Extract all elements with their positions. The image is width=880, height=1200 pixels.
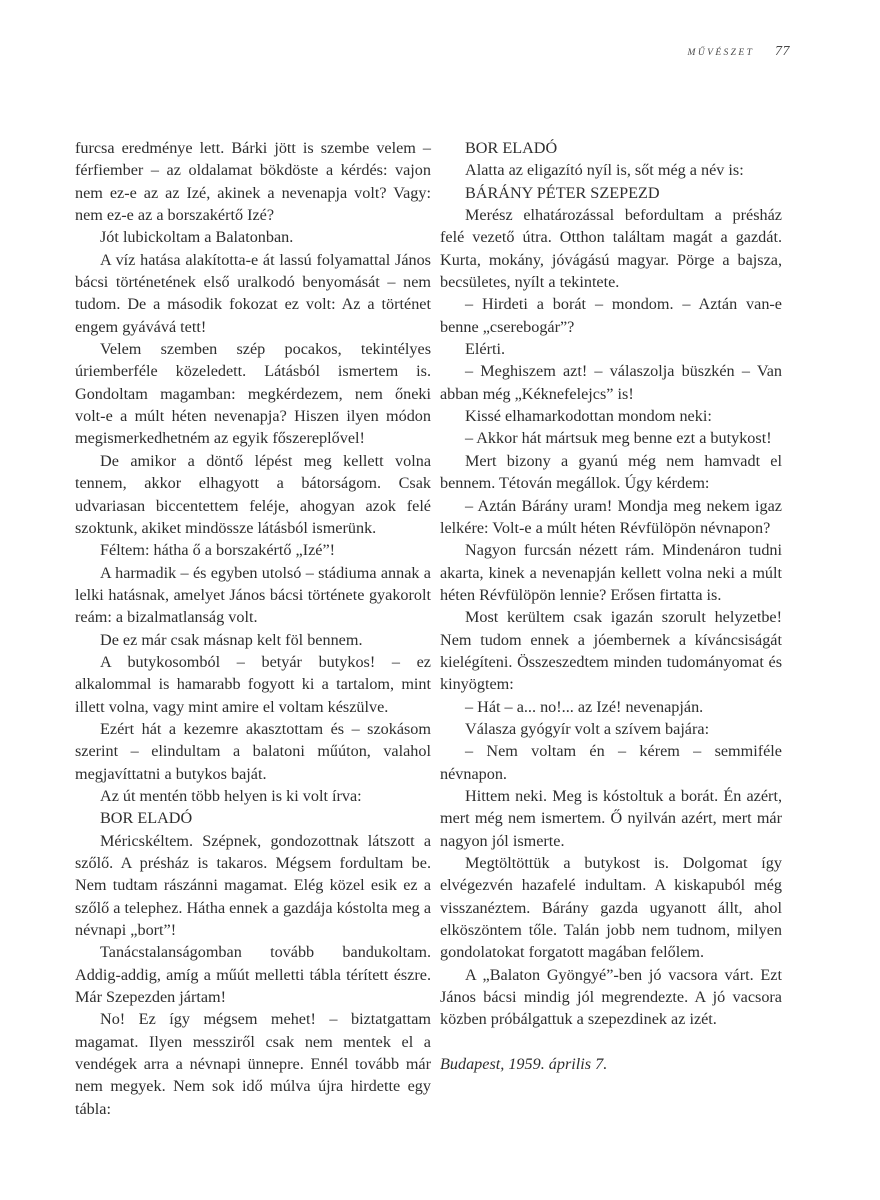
right-column: BOR ELADÓ Alatta az eligazító nyíl is, s… bbox=[440, 137, 782, 1075]
paragraph: No! Ez így mégsem mehet! – biztatgattam … bbox=[75, 1008, 431, 1120]
paragraph: Merész elhatározással befordultam a prés… bbox=[440, 204, 782, 293]
paragraph: Féltem: hátha ő a borszakértő „Izé”! bbox=[75, 539, 431, 561]
paragraph: A harmadik – és egyben utolsó – stádiuma… bbox=[75, 562, 431, 629]
paragraph: A butykosomból – betyár butykos! – ez al… bbox=[75, 651, 431, 718]
paragraph: – Hát – a... no!... az Izé! nevenapján. bbox=[440, 696, 782, 718]
paragraph: – Aztán Bárány uram! Mondja meg nekem ig… bbox=[440, 495, 782, 540]
paragraph: Alatta az eligazító nyíl is, sőt még a n… bbox=[440, 159, 782, 181]
paragraph: A víz hatása alakította-e át lassú folya… bbox=[75, 249, 431, 338]
dateline: Budapest, 1959. április 7. bbox=[440, 1053, 782, 1075]
paragraph: Hittem neki. Meg is kóstoltuk a borát. É… bbox=[440, 785, 782, 852]
paragraph: Megtöltöttük a butykost is. Dolgomat így… bbox=[440, 852, 782, 964]
sign-text: BOR ELADÓ bbox=[440, 137, 782, 159]
paragraph: – Akkor hát mártsuk meg benne ezt a buty… bbox=[440, 427, 782, 449]
paragraph: Válasza gyógyír volt a szívem bajára: bbox=[440, 718, 782, 740]
paragraph: A „Balaton Gyöngyé”-ben jó vacsora várt.… bbox=[440, 964, 782, 1031]
section-title: MŰVÉSZET bbox=[688, 48, 755, 58]
paragraph: Elérti. bbox=[440, 338, 782, 360]
paragraph: furcsa eredménye lett. Bárki jött is sze… bbox=[75, 137, 431, 226]
sign-text: BÁRÁNY PÉTER SZEPEZD bbox=[440, 182, 782, 204]
paragraph: Az út mentén több helyen is ki volt írva… bbox=[75, 785, 431, 807]
paragraph: Velem szemben szép pocakos, tekintélyes … bbox=[75, 338, 431, 450]
paragraph: Nagyon furcsán nézett rám. Mindenáron tu… bbox=[440, 539, 782, 606]
paragraph: Ezért hát a kezemre akasztottam és – szo… bbox=[75, 718, 431, 785]
paragraph: Jót lubickoltam a Balatonban. bbox=[75, 226, 431, 248]
page-number: 77 bbox=[775, 44, 790, 59]
paragraph: – Meghiszem azt! – válaszolja büszkén – … bbox=[440, 360, 782, 405]
sign-text: BOR ELADÓ bbox=[75, 807, 431, 829]
paragraph: De ez már csak másnap kelt föl bennem. bbox=[75, 629, 431, 651]
paragraph: Kissé elhamarkodottan mondom neki: bbox=[440, 405, 782, 427]
paragraph: Most kerültem csak igazán szorult helyze… bbox=[440, 606, 782, 695]
running-head: MŰVÉSZET 77 bbox=[0, 44, 790, 60]
paragraph: Tanácstalanságomban tovább bandukoltam. … bbox=[75, 941, 431, 1008]
paragraph: Mert bizony a gyanú még nem hamvadt el b… bbox=[440, 450, 782, 495]
paragraph: De amikor a döntő lépést meg kellett vol… bbox=[75, 450, 431, 539]
paragraph: – Hirdeti a borát – mondom. – Aztán van-… bbox=[440, 293, 782, 338]
paragraph: Méricskéltem. Szépnek, gondozottnak láts… bbox=[75, 830, 431, 942]
left-column: furcsa eredménye lett. Bárki jött is sze… bbox=[75, 137, 431, 1120]
paragraph: – Nem voltam én – kérem – semmiféle névn… bbox=[440, 740, 782, 785]
